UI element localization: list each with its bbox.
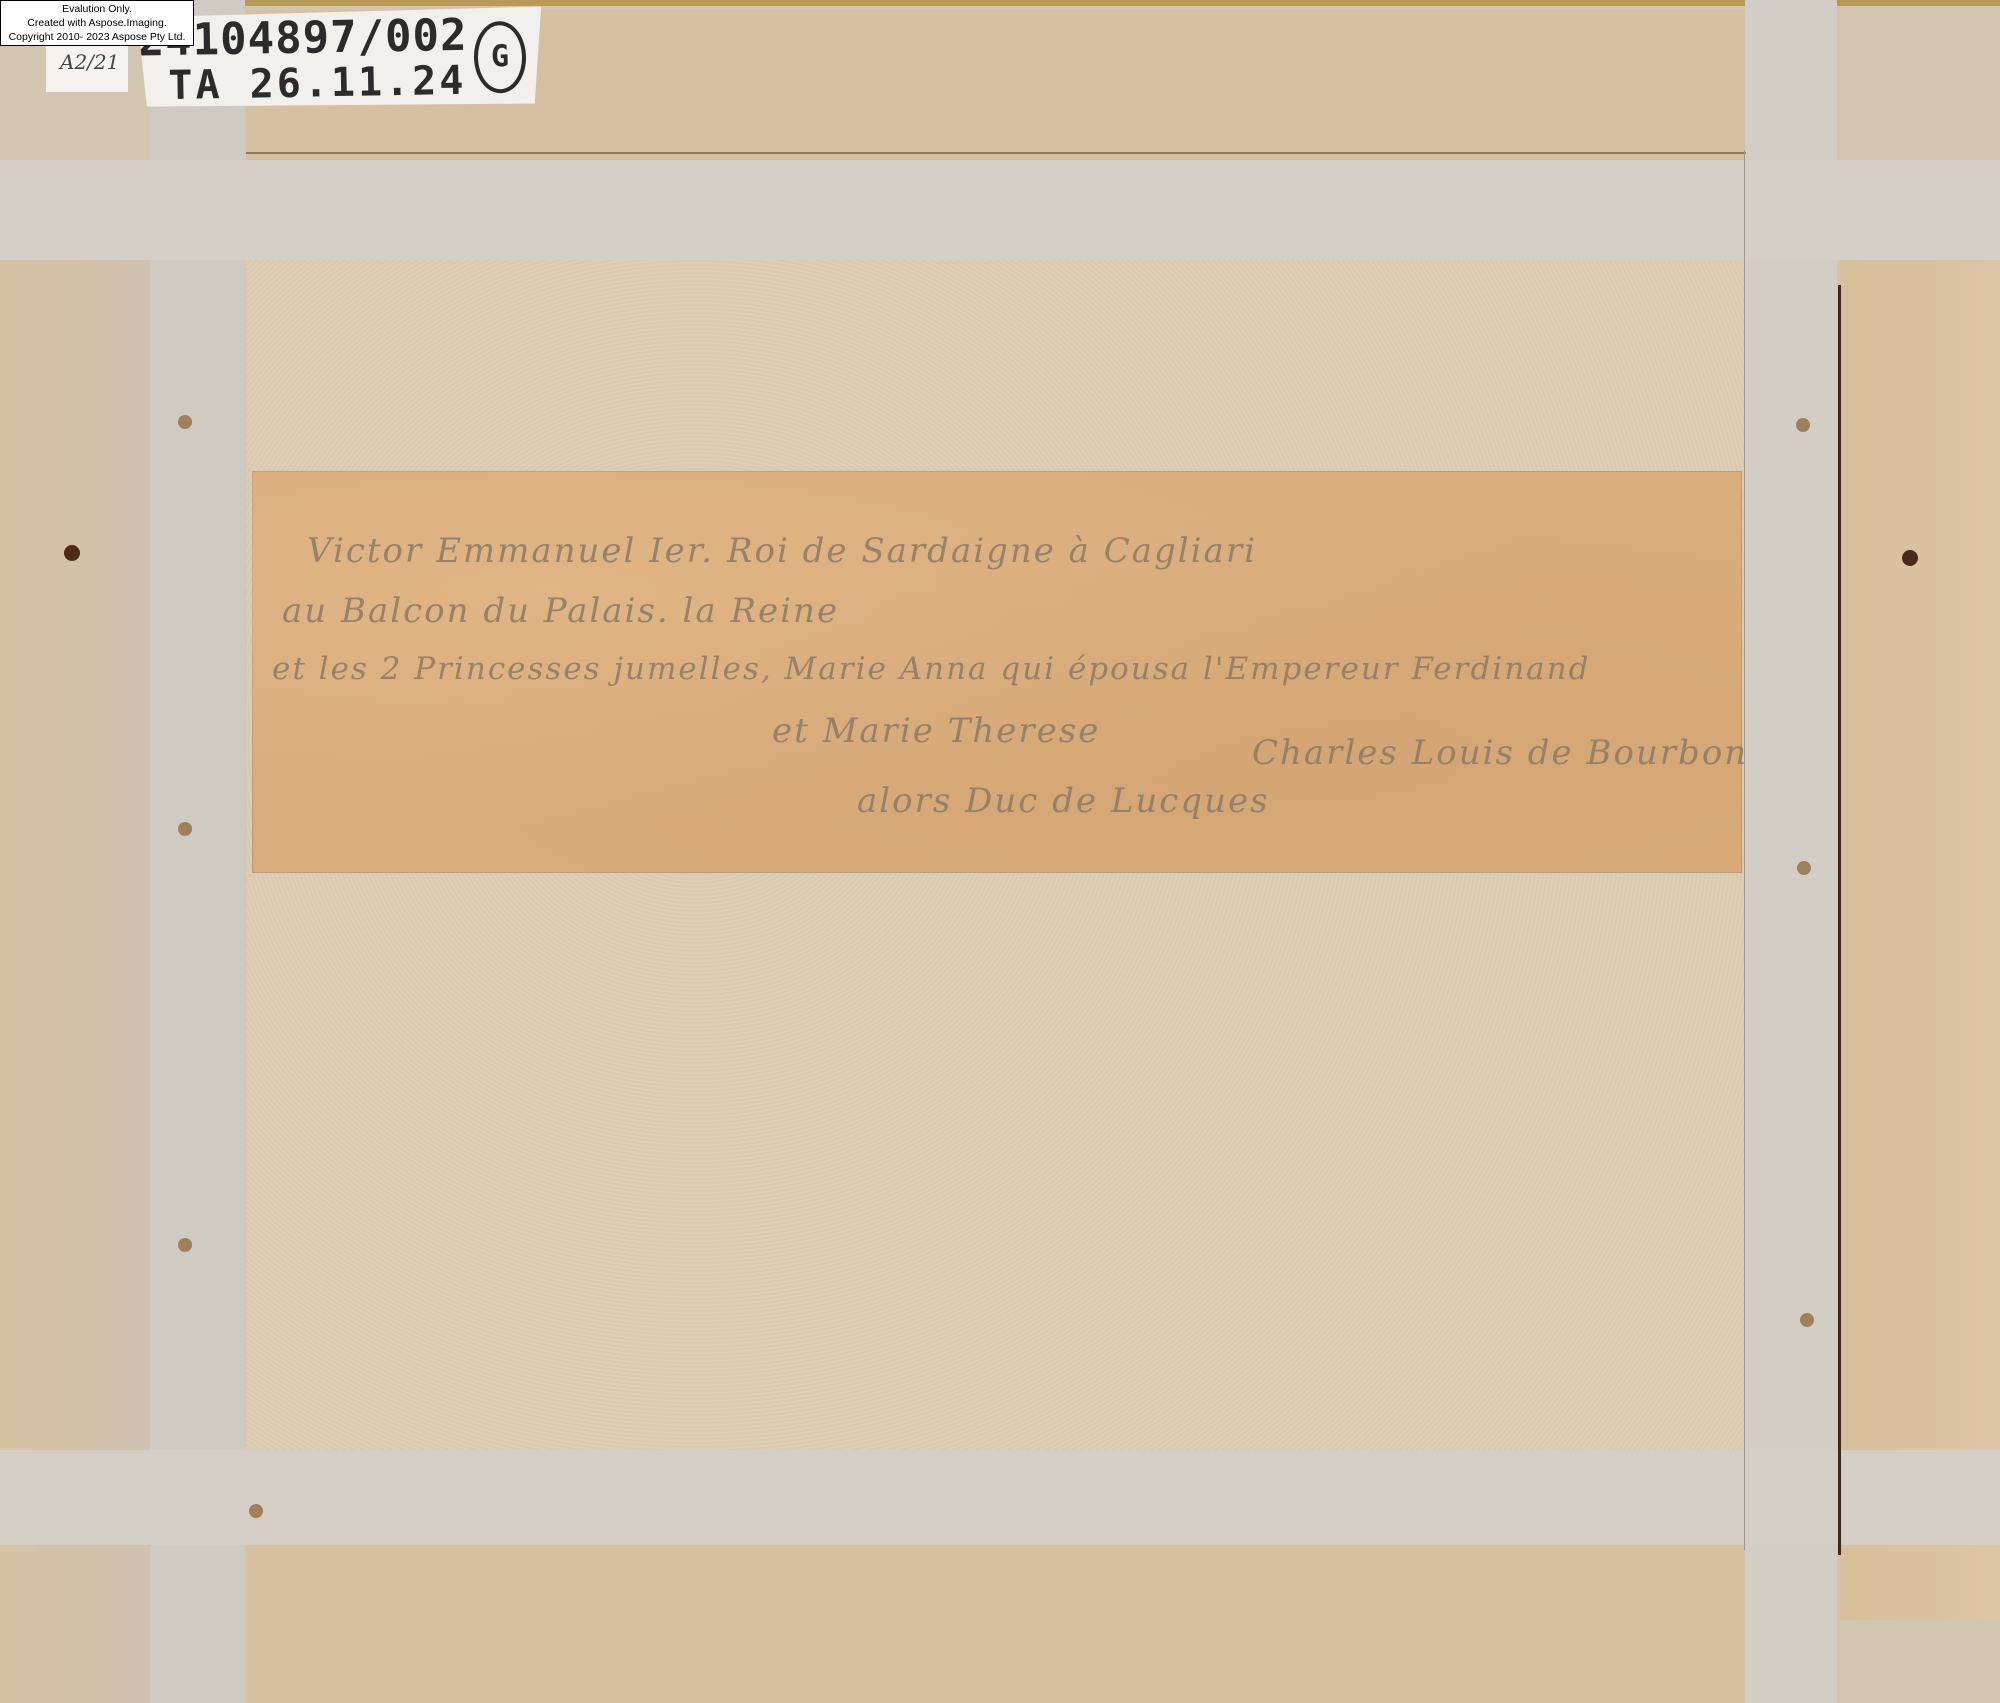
inscription-line: et les 2 Princesses jumelles, Marie Anna… xyxy=(272,651,1590,687)
watermark-line: Evalution Only. xyxy=(1,2,193,16)
inventory-label: A2/21 xyxy=(46,44,128,92)
nail-hole xyxy=(249,1504,263,1518)
inventory-number: A2/21 xyxy=(60,50,119,74)
nail-hole xyxy=(1797,861,1811,875)
watermark-line: Copyright 2010- 2023 Aspose Pty Ltd. xyxy=(1,30,193,44)
nail-hole xyxy=(1902,550,1918,566)
nail-hole xyxy=(1796,418,1810,432)
tape-bottom xyxy=(0,1450,2000,1545)
board-edge-line xyxy=(1744,150,1745,1550)
nail-hole xyxy=(178,1238,192,1252)
inscription-label: Victor Emmanuel Ier. Roi de Sardaigne à … xyxy=(252,471,1742,873)
circled-mark: G xyxy=(473,21,526,94)
nail-hole xyxy=(1800,1313,1814,1327)
inscription-line: Victor Emmanuel Ier. Roi de Sardaigne à … xyxy=(307,531,1257,571)
nail-hole xyxy=(64,545,80,561)
frame-edge xyxy=(0,0,2000,6)
right-stain xyxy=(1840,260,2000,1620)
inscription-line: et Marie Therese xyxy=(772,711,1100,751)
tape-tear-right xyxy=(1838,285,1841,1555)
inscription-line: Charles Louis de Bourbon xyxy=(1252,733,1748,773)
lot-date: TA 26.11.24 xyxy=(168,58,467,109)
inscription-line: alors Duc de Lucques xyxy=(857,781,1270,821)
tape-tear-top xyxy=(246,152,1746,158)
watermark: Evalution Only. Created with Aspose.Imag… xyxy=(0,0,194,46)
tape-top xyxy=(0,160,2000,260)
inscription-line: au Balcon du Palais. la Reine xyxy=(282,591,839,631)
nail-hole xyxy=(178,822,192,836)
lot-sticker: 24104897/002 TA 26.11.24 G xyxy=(137,6,543,110)
watermark-line: Created with Aspose.Imaging. xyxy=(1,16,193,30)
bottom-stain xyxy=(246,1545,1746,1703)
nail-hole xyxy=(178,415,192,429)
